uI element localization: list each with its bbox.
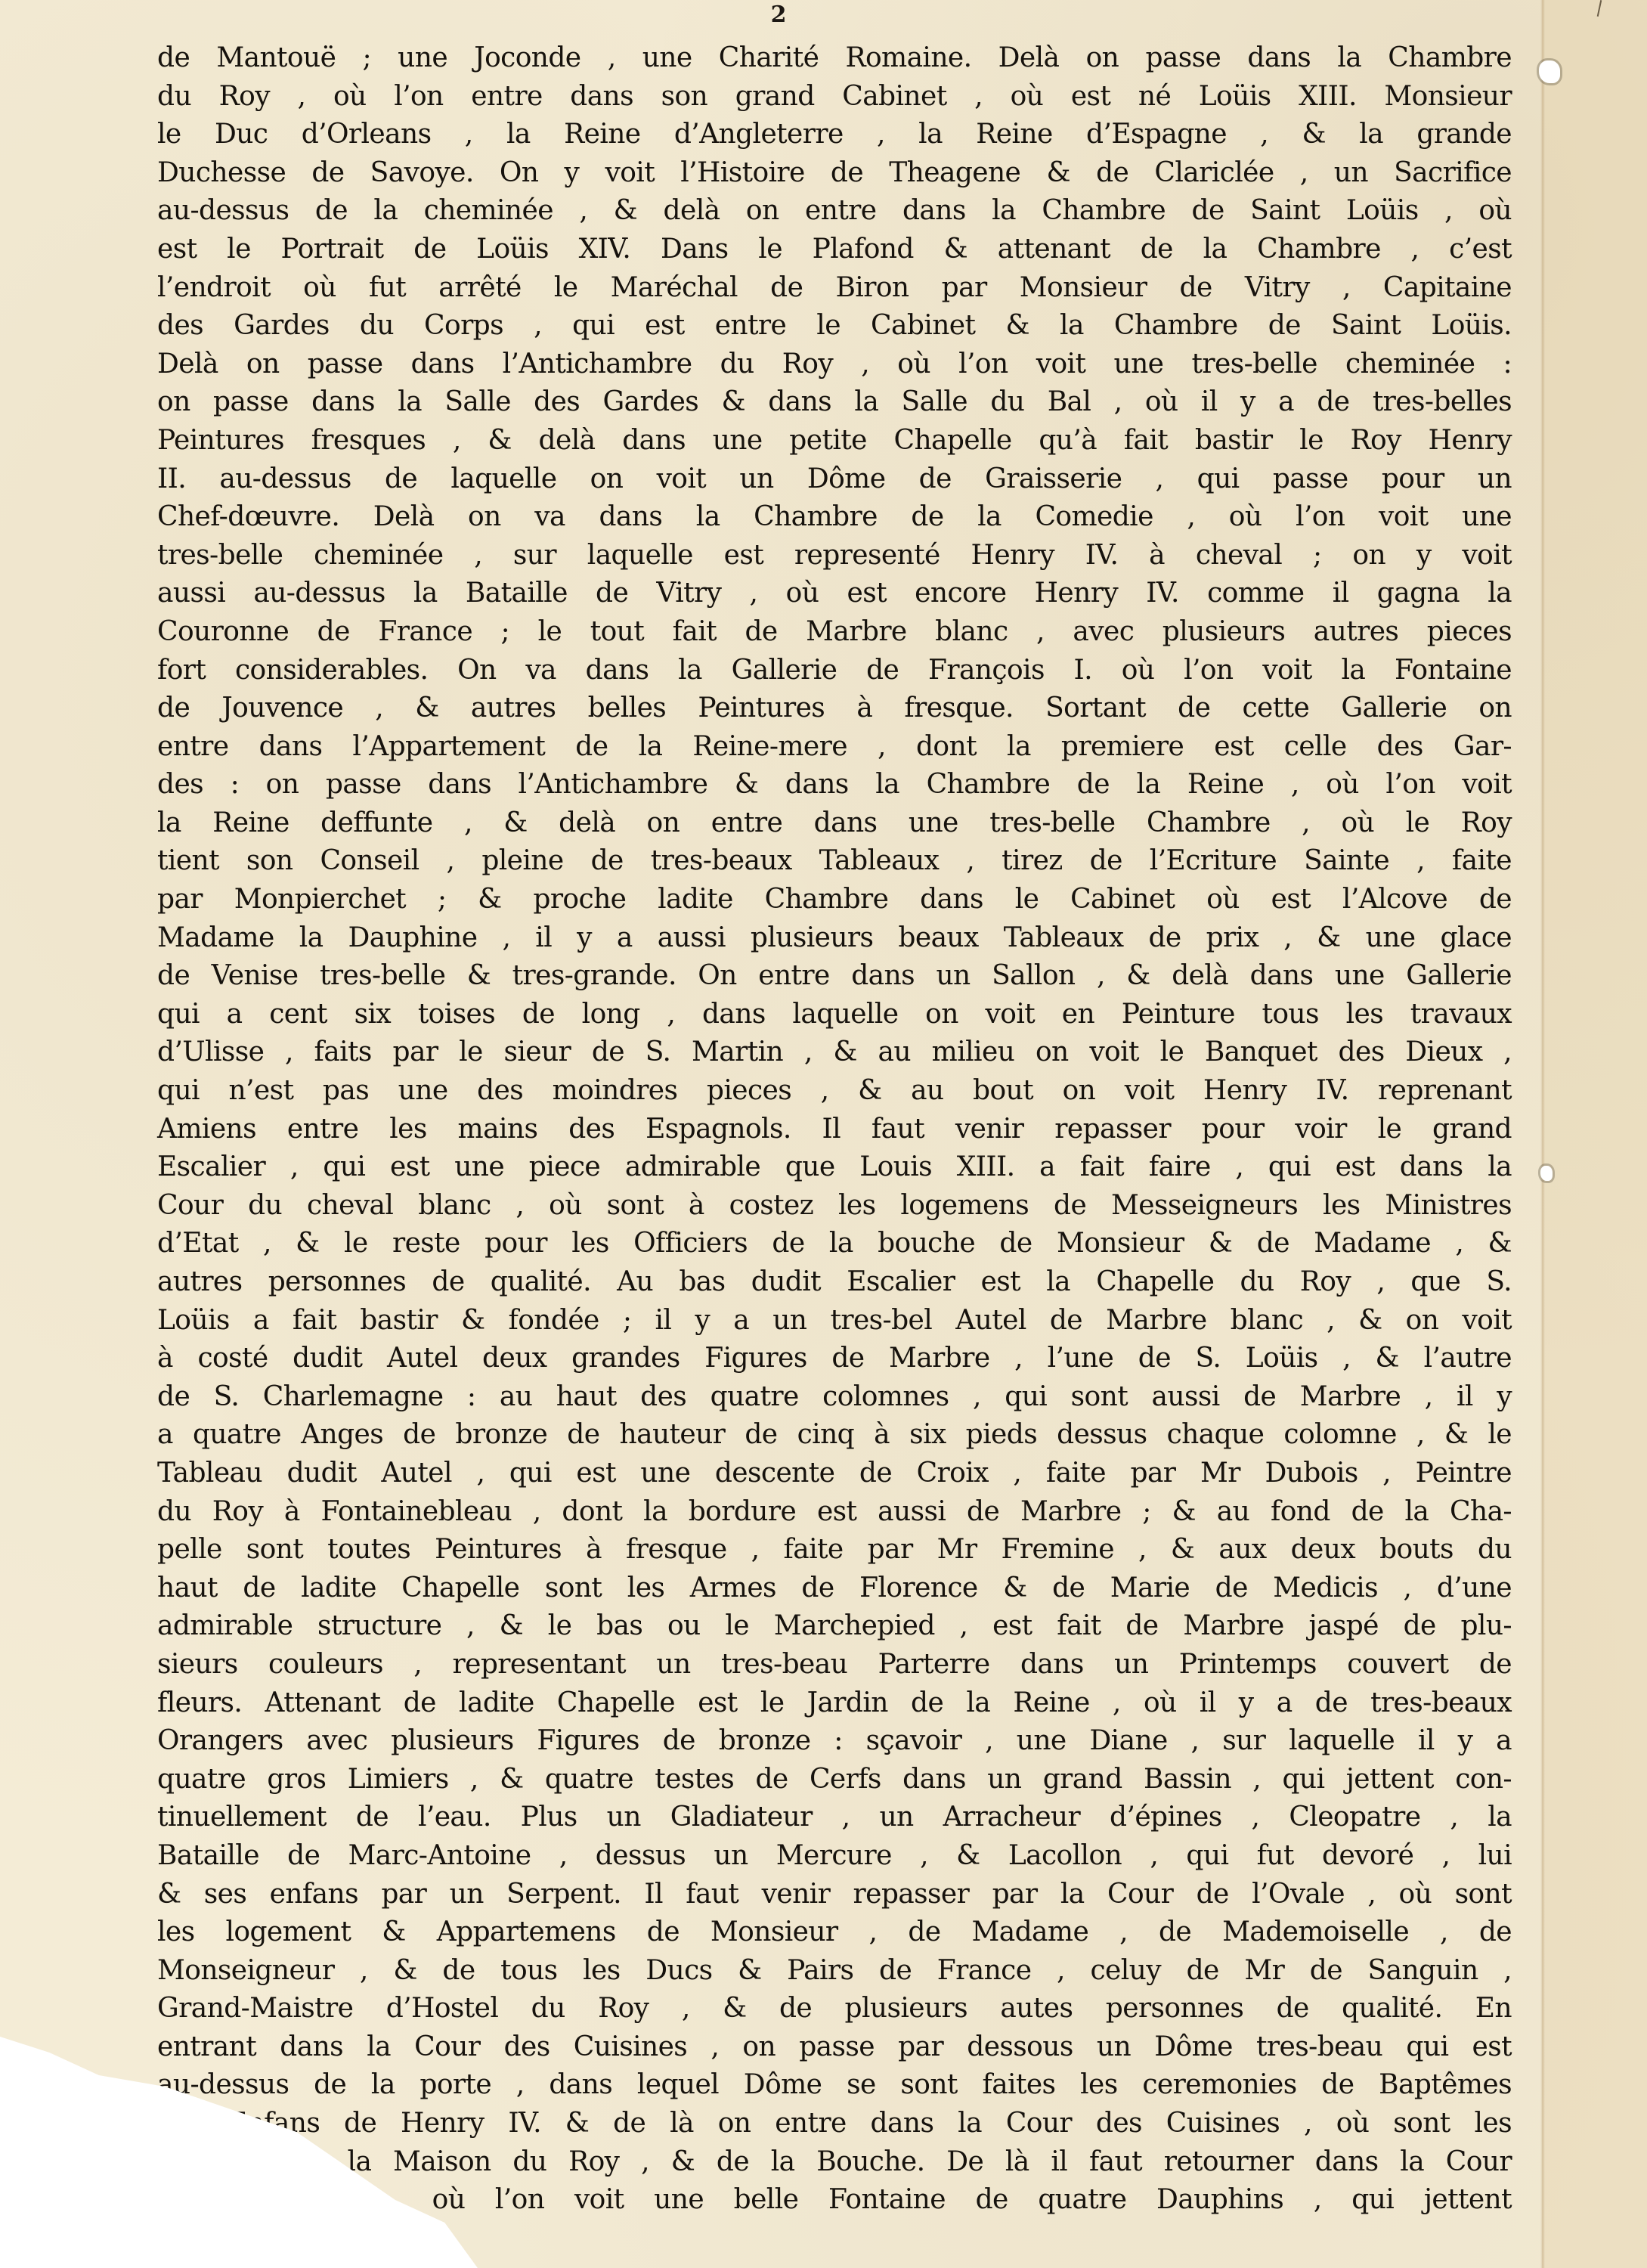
text-line: d’Etat , & le reste pour les Officiers d… xyxy=(157,1225,1512,1263)
text-line: fleurs. Attenant de ladite Chapelle est … xyxy=(157,1684,1512,1723)
text-line: a quatre Anges de bronze de hauteur de c… xyxy=(157,1416,1512,1455)
text-line: Couronne de France ; le tout fait de Mar… xyxy=(157,613,1512,652)
text-line: l’endroit où fut arrêté le Maréchal de B… xyxy=(157,269,1512,308)
text-line: des Gardes du Corps , qui est entre le C… xyxy=(157,307,1512,345)
text-line: Bataille de Marc-Antoine , dessus un Mer… xyxy=(157,1837,1512,1876)
text-line: aussi au-dessus la Bataille de Vitry , o… xyxy=(157,575,1512,613)
text-line: au-dessus de la porte , dans lequel Dôme… xyxy=(157,2066,1512,2105)
margin-discoloration xyxy=(1542,0,1647,2268)
text-line: on passe dans la Salle des Gardes & dans… xyxy=(157,383,1512,422)
text-line: Escalier , qui est une piece admirable q… xyxy=(157,1148,1512,1187)
text-line: qui a cent six toises de long , dans laq… xyxy=(157,996,1512,1034)
text-line: Officiers de la Maison du Roy , & de la … xyxy=(157,2143,1512,2182)
text-line: le Duc d’Orleans , la Reine d’Angleterre… xyxy=(157,116,1512,154)
fold-crease xyxy=(1540,0,1545,2268)
text-line: Peintures fresques , & delà dans une pet… xyxy=(157,422,1512,460)
text-line: Monseigneur , & de tous les Ducs & Pairs… xyxy=(157,1952,1512,1991)
text-line: Cour du cheval blanc , où sont à costez … xyxy=(157,1187,1512,1225)
text-line: des : on passe dans l’Antichambre & dans… xyxy=(157,766,1512,804)
text-line: & ses enfans par un Serpent. Il faut ven… xyxy=(157,1876,1512,1914)
body-text: de Mantouë ; une Joconde , une Charité R… xyxy=(157,39,1512,2220)
text-line: quatre gros Limiers , & quatre testes de… xyxy=(157,1761,1512,1799)
text-line: de Jouvence , & autres belles Peintures … xyxy=(157,689,1512,728)
text-line: Chef-dœuvre. Delà on va dans la Chambre … xyxy=(157,498,1512,537)
text-line: Amiens entre les mains des Espagnols. Il… xyxy=(157,1111,1512,1149)
text-line: Tableau dudit Autel , qui est une descen… xyxy=(157,1455,1512,1493)
text-line: qui n’est pas une des moindres pieces , … xyxy=(157,1072,1512,1111)
text-line: la Reine deffunte , & delà on entre dans… xyxy=(157,804,1512,843)
text-line: les logement & Appartemens de Monsieur ,… xyxy=(157,1913,1512,1952)
text-line: est le Portrait de Loüis XIV. Dans le Pl… xyxy=(157,231,1512,269)
text-line: Orangers avec plusieurs Figures de bronz… xyxy=(157,1722,1512,1761)
text-line: de Venise tres-belle & tres-grande. On e… xyxy=(157,957,1512,996)
text-line: tinuellement de l’eau. Plus un Gladiateu… xyxy=(157,1799,1512,1837)
text-line: Delà on passe dans l’Antichambre du Roy … xyxy=(157,345,1512,384)
text-line: haut de ladite Chapelle sont les Armes d… xyxy=(157,1569,1512,1608)
text-line: tres-belle cheminée , sur laquelle est r… xyxy=(157,537,1512,575)
text-line: autres personnes de qualité. Au bas dudi… xyxy=(157,1263,1512,1302)
text-line: Duchesse de Savoye. On y voit l’Histoire… xyxy=(157,154,1512,193)
text-line: fort considerables. On va dans la Galler… xyxy=(157,652,1512,690)
text-line: Grand-Maistre d’Hostel du Roy , & de plu… xyxy=(157,1990,1512,2028)
binding-hole xyxy=(1539,60,1560,83)
text-line: Loüis a fait bastir & fondée ; il y a un… xyxy=(157,1302,1512,1340)
text-line: par Monpierchet ; & proche ladite Chambr… xyxy=(157,881,1512,919)
text-line: pelle sont toutes Peintures à fresque , … xyxy=(157,1531,1512,1569)
text-line: d’Ulisse , faits par le sieur de S. Mart… xyxy=(157,1033,1512,1072)
page-number: 2 xyxy=(756,2,801,28)
text-line: entrant dans la Cour des Cuisines , on p… xyxy=(157,2028,1512,2067)
text-line: tient son Conseil , pleine de tres-beaux… xyxy=(157,842,1512,881)
text-line: sieurs couleurs , representant un tres-b… xyxy=(157,1646,1512,1684)
text-line: du Roy , où l’on entre dans son grand Ca… xyxy=(157,78,1512,116)
text-line: II. au-dessus de laquelle on voit un Dôm… xyxy=(157,460,1512,499)
text-line: admirable structure , & le bas ou le Mar… xyxy=(157,1607,1512,1646)
text-line: de S. Charlemagne : au haut des quatre c… xyxy=(157,1378,1512,1417)
text-line: entre dans l’Appartement de la Reine-mer… xyxy=(157,728,1512,767)
text-line: Madame la Dauphine , il y a aussi plusie… xyxy=(157,919,1512,958)
binding-hole xyxy=(1540,1166,1553,1181)
text-line: à costé dudit Autel deux grandes Figures… xyxy=(157,1340,1512,1378)
text-line: des Enfans de Henry IV. & de là on entre… xyxy=(157,2105,1512,2143)
paper-sheet: 2 de Mantouë ; une Joconde , une Charité… xyxy=(0,0,1647,2268)
text-line: de Mantouë ; une Joconde , une Charité R… xyxy=(157,39,1512,78)
text-line: du Roy à Fontainebleau , dont la bordure… xyxy=(157,1493,1512,1532)
text-line: au-dessus de la cheminée , & delà on ent… xyxy=(157,192,1512,231)
text-line: des Fontaines , où l’on voit une belle F… xyxy=(157,2181,1512,2220)
